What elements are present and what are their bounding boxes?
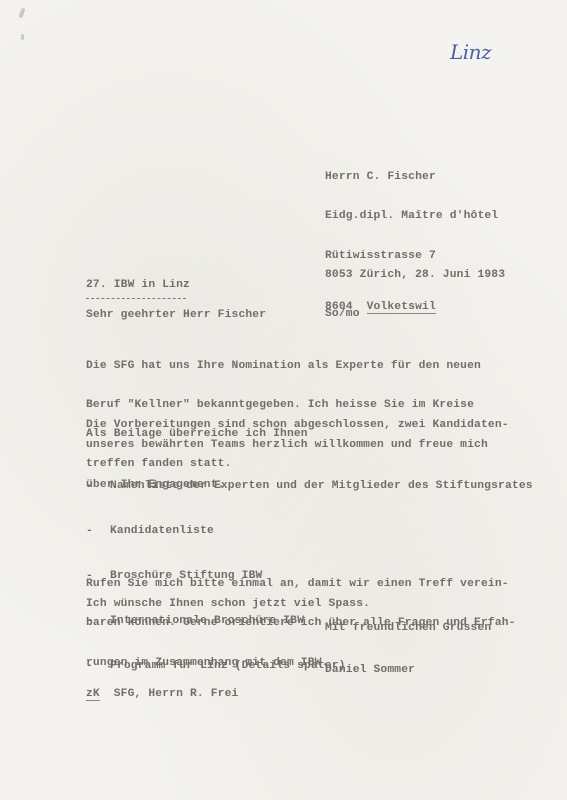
paragraph-wishes: Ich wünsche Ihnen schon jetzt viel Spass… [86, 598, 370, 611]
signatory: Daniel Sommer [325, 664, 415, 677]
text-line: Rufen Sie mich bitte einmal an, damit wi… [86, 578, 516, 591]
copy-to-recipients: SFG, Herrn R. Frei [114, 688, 239, 700]
place-date: 8053 Zürich, 28. Juni 1983 [325, 269, 505, 282]
list-item-text: Namenliste der Experten und der Mitglied… [110, 480, 533, 498]
punch-mark [18, 8, 25, 19]
subject-line: 27. IBW in Linz [86, 279, 190, 292]
text-line: rungen im Zusammenhang mit dem IBW. [86, 657, 516, 670]
paragraph-enclosure-intro: Als Beilage überreiche ich Ihnen [86, 428, 308, 441]
handwritten-note: Linz [450, 40, 491, 64]
recipient-title: Eidg.dipl. Maître d'hôtel [325, 210, 498, 223]
salutation: Sehr geehrter Herr Fischer [86, 309, 266, 322]
reference-initials: So/mo [325, 308, 505, 321]
closing: Mit freundlichen Grüssen [325, 622, 491, 635]
text-line: Die SFG hat uns Ihre Nomination als Expe… [86, 360, 488, 373]
list-item: -Kandidatenliste [86, 525, 533, 543]
list-item-text: Kandidatenliste [110, 525, 214, 543]
recipient-name: Herrn C. Fischer [325, 171, 498, 184]
punch-mark [21, 34, 24, 40]
bullet-dash: - [86, 480, 110, 498]
subject-underline [86, 298, 186, 299]
list-item: -Namenliste der Experten und der Mitglie… [86, 480, 533, 498]
letter-page: Linz Herrn C. Fischer Eidg.dipl. Maître … [0, 0, 567, 800]
copy-to-label: zK [86, 688, 100, 701]
bullet-dash: - [86, 525, 110, 543]
copy-to-line: zK SFG, Herrn R. Frei [86, 688, 238, 701]
